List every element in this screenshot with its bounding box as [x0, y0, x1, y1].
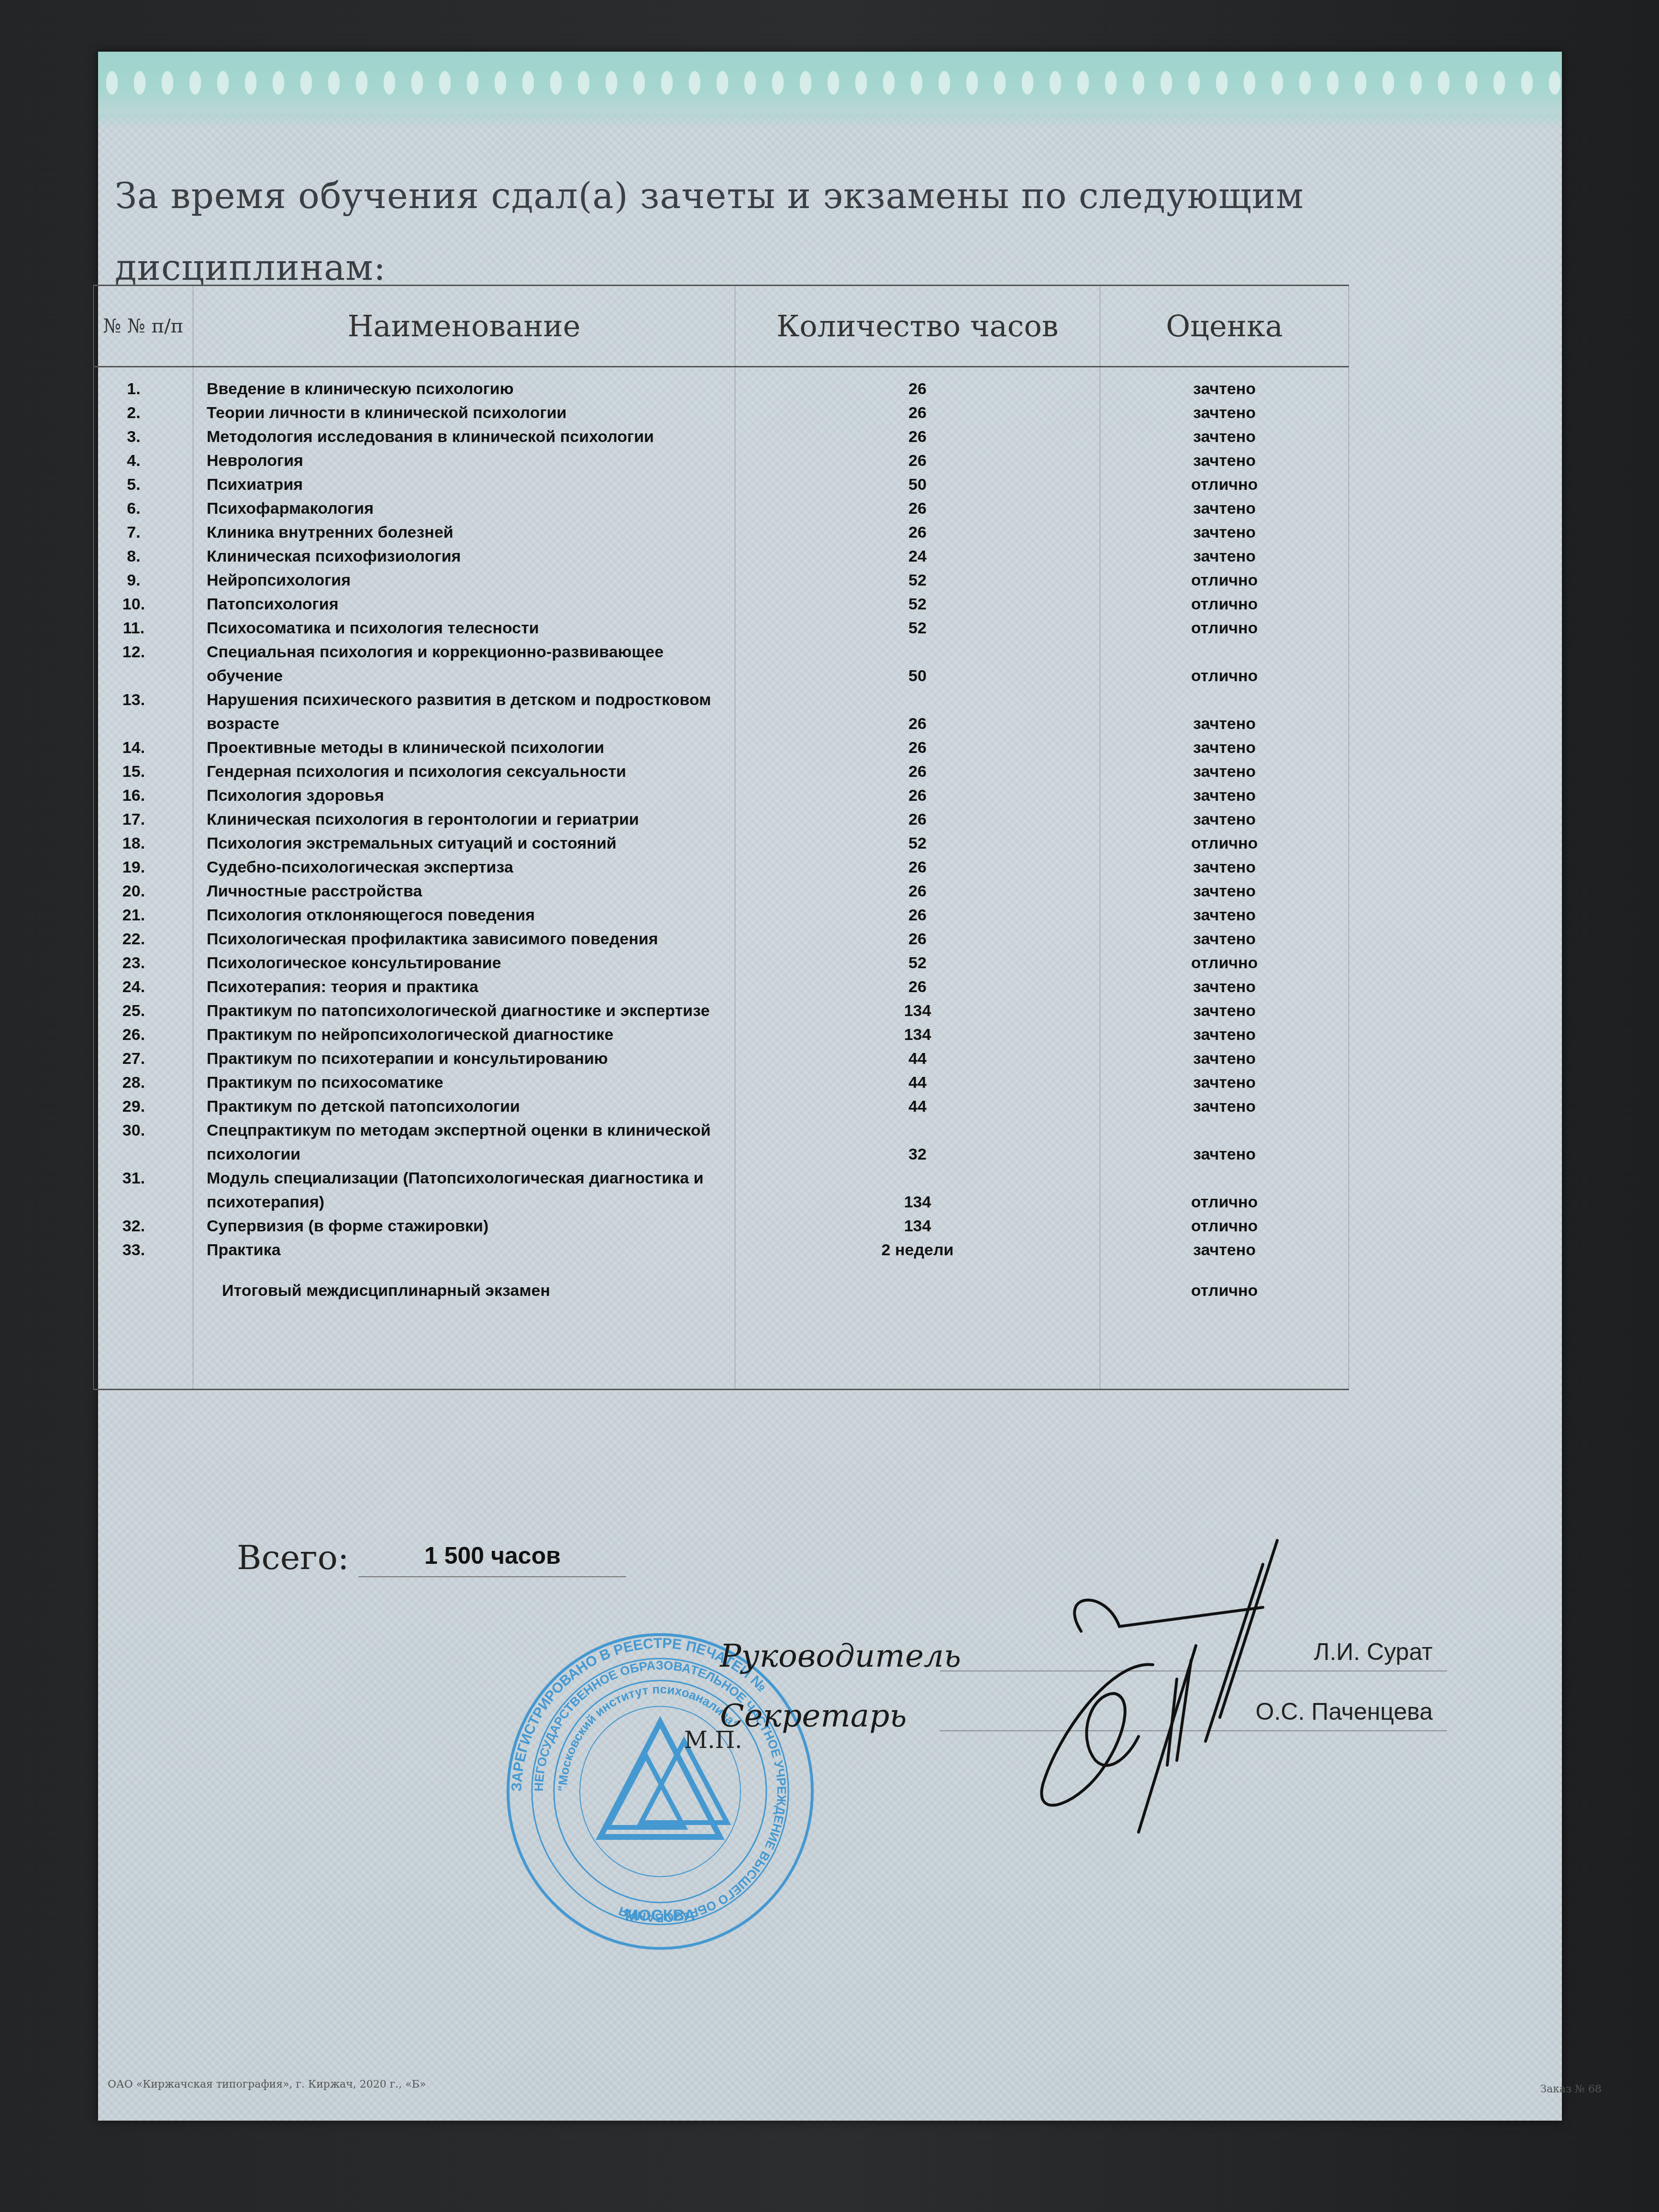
- table-row: 1.Введение в клиническую психологию26зач…: [94, 367, 1349, 401]
- table-row: 30.Спецпрактикум по методам экспертной о…: [94, 1118, 1349, 1166]
- cell-num: 33.: [94, 1238, 193, 1262]
- table-row: 10.Патопсихология52отлично: [94, 592, 1349, 616]
- cell-grade: зачтено: [1100, 1238, 1349, 1262]
- cell-grade: зачтено: [1100, 975, 1349, 999]
- final-hours: [735, 1262, 1100, 1319]
- cell-grade: зачтено: [1100, 520, 1349, 544]
- table-row: 9.Нейропсихология52отлично: [94, 568, 1349, 592]
- cell-name: Патопсихология: [193, 592, 735, 616]
- table-row: 24.Психотерапия: теория и практика26зачт…: [94, 975, 1349, 999]
- cell-hours: 26: [735, 903, 1100, 927]
- cell-num: 16.: [94, 784, 193, 807]
- cell-name: Клиника внутренних болезней: [193, 520, 735, 544]
- cell-name: Нейропсихология: [193, 568, 735, 592]
- head-role: Руководитель: [720, 1637, 961, 1674]
- cell-hours: 26: [735, 449, 1100, 473]
- cell-grade: зачтено: [1100, 927, 1349, 951]
- header-grade: Оценка: [1100, 286, 1349, 367]
- cell-grade: зачтено: [1100, 367, 1349, 401]
- cell-num: 28.: [94, 1071, 193, 1095]
- table-row: 29.Практикум по детской патопсихологии44…: [94, 1095, 1349, 1118]
- cell-grade: отлично: [1100, 592, 1349, 616]
- cell-grade: зачтено: [1100, 449, 1349, 473]
- cell-name: Психологическое консультирование: [193, 951, 735, 975]
- cell-name: Специальная психология и коррекционно-ра…: [193, 640, 735, 688]
- cell-grade: зачтено: [1100, 855, 1349, 879]
- cell-hours: 52: [735, 592, 1100, 616]
- empty-cell: [1100, 1319, 1349, 1390]
- cell-num: 30.: [94, 1118, 193, 1166]
- cell-name: Психология отклоняющегося поведения: [193, 903, 735, 927]
- cell-hours: 26: [735, 760, 1100, 784]
- empty-cell: [193, 1319, 735, 1390]
- header-num: № № п/п: [94, 286, 193, 367]
- secretary-role: Секретарь: [720, 1697, 907, 1734]
- cell-name: Клиническая психофизиология: [193, 544, 735, 568]
- cell-hours: 26: [735, 425, 1100, 449]
- cell-grade: зачтено: [1100, 1047, 1349, 1071]
- cell-hours: 26: [735, 927, 1100, 951]
- cell-grade: зачтено: [1100, 807, 1349, 831]
- cell-grade: отлично: [1100, 616, 1349, 640]
- cell-name: Введение в клиническую психологию: [193, 367, 735, 401]
- cell-grade: зачтено: [1100, 1071, 1349, 1095]
- cell-num: 6.: [94, 497, 193, 520]
- order-number: Заказ № 68: [1540, 2083, 1602, 2095]
- cell-name: Проективные методы в клинической психоло…: [193, 736, 735, 760]
- cell-grade: зачтено: [1100, 760, 1349, 784]
- table-row: 7.Клиника внутренних болезней26зачтено: [94, 520, 1349, 544]
- cell-hours: 52: [735, 951, 1100, 975]
- page-heading: За время обучения сдал(а) зачеты и экзам…: [115, 160, 1359, 304]
- cell-name: Судебно-психологическая экспертиза: [193, 855, 735, 879]
- cell-num: 22.: [94, 927, 193, 951]
- cell-hours: 26: [735, 975, 1100, 999]
- cell-name: Клиническая психология в геронтологии и …: [193, 807, 735, 831]
- table-row: 26.Практикум по нейропсихологической диа…: [94, 1023, 1349, 1047]
- final-grade: отлично: [1100, 1262, 1349, 1319]
- header-name: Наименование: [193, 286, 735, 367]
- table-row: 25.Практикум по патопсихологической диаг…: [94, 999, 1349, 1023]
- cell-grade: отлично: [1100, 473, 1349, 497]
- table-row: 3.Методология исследования в клинической…: [94, 425, 1349, 449]
- cell-name: Практикум по нейропсихологической диагно…: [193, 1023, 735, 1047]
- table-row: 22.Психологическая профилактика зависимо…: [94, 927, 1349, 951]
- table-row: 4.Неврология26зачтено: [94, 449, 1349, 473]
- cell-hours: 26: [735, 497, 1100, 520]
- cell-hours: 26: [735, 736, 1100, 760]
- cell-num: 5.: [94, 473, 193, 497]
- cell-num: 11.: [94, 616, 193, 640]
- cell-hours: 26: [735, 520, 1100, 544]
- cell-num: 32.: [94, 1214, 193, 1238]
- cell-name: Неврология: [193, 449, 735, 473]
- cell-num: 18.: [94, 831, 193, 855]
- cell-name: Гендерная психология и психология сексуа…: [193, 760, 735, 784]
- cell-grade: зачтено: [1100, 688, 1349, 736]
- table-row: 31.Модуль специализации (Патопсихологиче…: [94, 1166, 1349, 1214]
- handwritten-signature-icon: [995, 1536, 1330, 1847]
- cell-num: 8.: [94, 544, 193, 568]
- cell-name: Нарушения психического развития в детско…: [193, 688, 735, 736]
- cell-hours: 52: [735, 568, 1100, 592]
- table-row: 15.Гендерная психология и психология сек…: [94, 760, 1349, 784]
- total-label: Всего:: [237, 1538, 349, 1577]
- table-row: 21.Психология отклоняющегося поведения26…: [94, 903, 1349, 927]
- cell-hours: 26: [735, 688, 1100, 736]
- cell-num: 21.: [94, 903, 193, 927]
- table-row: 11.Психосоматика и психология телесности…: [94, 616, 1349, 640]
- table-row: 5.Психиатрия50отлично: [94, 473, 1349, 497]
- cell-grade: отлично: [1100, 1214, 1349, 1238]
- cell-hours: 50: [735, 640, 1100, 688]
- cell-hours: 134: [735, 1214, 1100, 1238]
- cell-grade: зачтено: [1100, 497, 1349, 520]
- cell-name: Методология исследования в клинической п…: [193, 425, 735, 449]
- cell-num: 12.: [94, 640, 193, 688]
- cell-grade: зачтено: [1100, 401, 1349, 425]
- table-row: 2.Теории личности в клинической психолог…: [94, 401, 1349, 425]
- printer-imprint: ОАО «Киржачская типография», г. Киржач, …: [108, 2079, 426, 2090]
- table-row: 12.Специальная психология и коррекционно…: [94, 640, 1349, 688]
- cell-num: 26.: [94, 1023, 193, 1047]
- cell-grade: отлично: [1100, 951, 1349, 975]
- final-exam-row: Итоговый междисциплинарный экзаменотличн…: [94, 1262, 1349, 1319]
- table-row: 27.Практикум по психотерапии и консульти…: [94, 1047, 1349, 1071]
- cell-hours: 32: [735, 1118, 1100, 1166]
- final-num: [94, 1262, 193, 1319]
- cell-name: Психиатрия: [193, 473, 735, 497]
- table-row: 8.Клиническая психофизиология24зачтено: [94, 544, 1349, 568]
- disciplines-table: № № п/п Наименование Количество часов Оц…: [93, 285, 1349, 1390]
- cell-grade: зачтено: [1100, 1023, 1349, 1047]
- cell-grade: зачтено: [1100, 1095, 1349, 1118]
- cell-name: Практика: [193, 1238, 735, 1262]
- cell-hours: 26: [735, 807, 1100, 831]
- cell-num: 25.: [94, 999, 193, 1023]
- cell-num: 15.: [94, 760, 193, 784]
- header-hours: Количество часов: [735, 286, 1100, 367]
- cell-grade: отлично: [1100, 831, 1349, 855]
- table-row: 19.Судебно-психологическая экспертиза26з…: [94, 855, 1349, 879]
- cell-grade: зачтено: [1100, 1118, 1349, 1166]
- cell-hours: 134: [735, 1166, 1100, 1214]
- cell-grade: зачтено: [1100, 903, 1349, 927]
- cell-grade: зачтено: [1100, 999, 1349, 1023]
- cell-hours: 52: [735, 616, 1100, 640]
- total-value: 1 500 часов: [358, 1542, 626, 1577]
- cell-num: 14.: [94, 736, 193, 760]
- total-hours: Всего: 1 500 часов: [237, 1538, 626, 1577]
- head-name: Л.И. Сурат: [1314, 1638, 1433, 1666]
- cell-num: 27.: [94, 1047, 193, 1071]
- cell-name: Психология экстремальных ситуаций и сост…: [193, 831, 735, 855]
- cell-num: 4.: [94, 449, 193, 473]
- cell-grade: зачтено: [1100, 736, 1349, 760]
- table-row: 33.Практика2 неделизачтено: [94, 1238, 1349, 1262]
- cell-num: 1.: [94, 367, 193, 401]
- cell-num: 10.: [94, 592, 193, 616]
- cell-hours: 44: [735, 1047, 1100, 1071]
- institution-seal-icon: ЗАРЕГИСТРИРОВАНО В РЕЕСТРЕ ПЕЧАТЕЙ № НЕГ…: [502, 1631, 818, 1952]
- cell-grade: отлично: [1100, 1166, 1349, 1214]
- cell-name: Практикум по психотерапии и консультиров…: [193, 1047, 735, 1071]
- table-row: 17.Клиническая психология в геронтологии…: [94, 807, 1349, 831]
- cell-name: Супервизия (в форме стажировки): [193, 1214, 735, 1238]
- table-header-row: № № п/п Наименование Количество часов Оц…: [94, 286, 1349, 367]
- cell-hours: 50: [735, 473, 1100, 497]
- cell-num: 23.: [94, 951, 193, 975]
- cell-grade: зачтено: [1100, 425, 1349, 449]
- cell-hours: 2 недели: [735, 1238, 1100, 1262]
- cell-num: 9.: [94, 568, 193, 592]
- cell-name: Теории личности в клинической психологии: [193, 401, 735, 425]
- cell-num: 17.: [94, 807, 193, 831]
- cell-name: Модуль специализации (Патопсихологическа…: [193, 1166, 735, 1214]
- cell-name: Психосоматика и психология телесности: [193, 616, 735, 640]
- cell-num: 13.: [94, 688, 193, 736]
- cell-name: Личностные расстройства: [193, 879, 735, 903]
- table-row: 28.Практикум по психосоматике44зачтено: [94, 1071, 1349, 1095]
- cell-hours: 134: [735, 999, 1100, 1023]
- cell-grade: отлично: [1100, 568, 1349, 592]
- table-row: 16.Психология здоровья26зачтено: [94, 784, 1349, 807]
- cell-hours: 26: [735, 784, 1100, 807]
- cell-hours: 26: [735, 855, 1100, 879]
- cell-grade: отлично: [1100, 640, 1349, 688]
- table-row: 18.Психология экстремальных ситуаций и с…: [94, 831, 1349, 855]
- cell-num: 20.: [94, 879, 193, 903]
- table-filler-row: [94, 1319, 1349, 1390]
- cell-hours: 44: [735, 1071, 1100, 1095]
- cell-name: Практикум по патопсихологической диагнос…: [193, 999, 735, 1023]
- cell-num: 24.: [94, 975, 193, 999]
- table-row: 20.Личностные расстройства26зачтено: [94, 879, 1349, 903]
- final-name: Итоговый междисциплинарный экзамен: [193, 1262, 735, 1319]
- cell-name: Практикум по детской патопсихологии: [193, 1095, 735, 1118]
- cell-name: Психотерапия: теория и практика: [193, 975, 735, 999]
- cell-name: Практикум по психосоматике: [193, 1071, 735, 1095]
- cell-hours: 24: [735, 544, 1100, 568]
- cell-hours: 26: [735, 879, 1100, 903]
- cell-grade: зачтено: [1100, 879, 1349, 903]
- table-row: 14.Проективные методы в клинической псих…: [94, 736, 1349, 760]
- cell-name: Психофармакология: [193, 497, 735, 520]
- svg-text:МОСКВА: МОСКВА: [625, 1906, 696, 1924]
- cell-num: 7.: [94, 520, 193, 544]
- cell-num: 3.: [94, 425, 193, 449]
- empty-cell: [94, 1319, 193, 1390]
- cell-num: 29.: [94, 1095, 193, 1118]
- table-row: 6.Психофармакология26зачтено: [94, 497, 1349, 520]
- cell-num: 31.: [94, 1166, 193, 1214]
- cell-hours: 26: [735, 401, 1100, 425]
- table-row: 23.Психологическое консультирование52отл…: [94, 951, 1349, 975]
- table-row: 13.Нарушения психического развития в дет…: [94, 688, 1349, 736]
- cell-hours: 134: [735, 1023, 1100, 1047]
- empty-cell: [735, 1319, 1100, 1390]
- cell-num: 19.: [94, 855, 193, 879]
- cell-name: Психология здоровья: [193, 784, 735, 807]
- cell-grade: зачтено: [1100, 544, 1349, 568]
- cell-hours: 26: [735, 367, 1100, 401]
- table-row: 32.Супервизия (в форме стажировки)134отл…: [94, 1214, 1349, 1238]
- cell-grade: зачтено: [1100, 784, 1349, 807]
- cell-name: Спецпрактикум по методам экспертной оцен…: [193, 1118, 735, 1166]
- cell-name: Психологическая профилактика зависимого …: [193, 927, 735, 951]
- cell-hours: 52: [735, 831, 1100, 855]
- guilloche-border: [98, 52, 1562, 114]
- cell-hours: 44: [735, 1095, 1100, 1118]
- cell-num: 2.: [94, 401, 193, 425]
